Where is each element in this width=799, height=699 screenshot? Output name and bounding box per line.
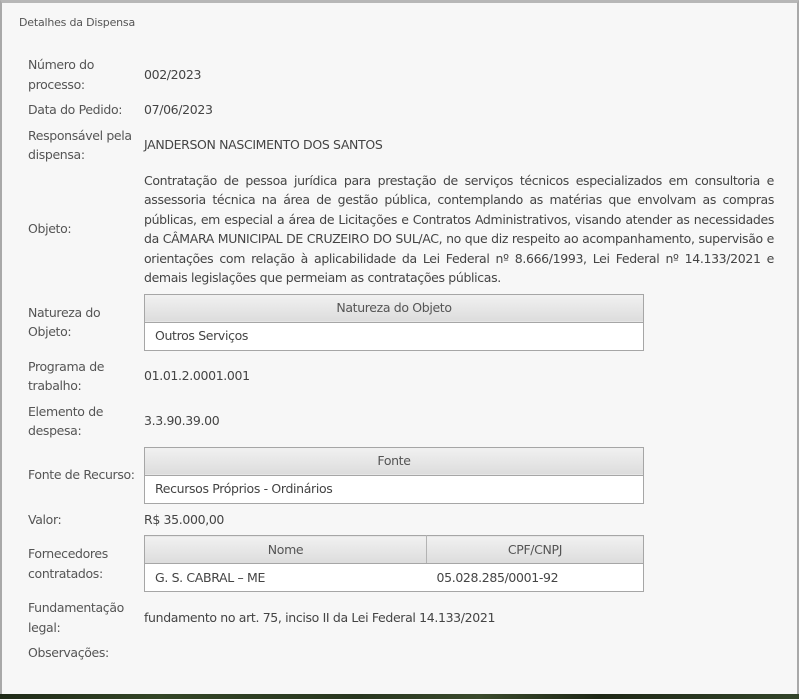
field-fonte: Fonte de Recurso: Fonte Recursos Próprio… xyxy=(28,447,775,504)
cell-nome: G. S. CABRAL – ME xyxy=(145,564,427,592)
field-responsavel: Responsável pela dispensa: JANDERSON NAS… xyxy=(28,126,775,165)
table-row: G. S. CABRAL – ME 05.028.285/0001-92 xyxy=(145,564,644,592)
column-header-nome: Nome xyxy=(145,536,427,564)
field-programa: Programa de trabalho: 01.01.2.0001.001 xyxy=(28,357,775,396)
field-elemento: Elemento de despesa: 3.3.90.39.00 xyxy=(28,402,775,441)
label-observacoes: Observações: xyxy=(28,643,144,663)
label-data-pedido: Data do Pedido: xyxy=(28,100,144,120)
label-natureza: Natureza do Objeto: xyxy=(28,303,144,342)
field-objeto: Objeto: Contratação de pessoa jurídica p… xyxy=(28,171,775,288)
label-objeto: Objeto: xyxy=(28,219,144,239)
value-objeto: Contratação de pessoa jurídica para pres… xyxy=(144,171,775,288)
label-fonte: Fonte de Recurso: xyxy=(28,465,144,485)
label-fundamentacao: Fundamentação legal: xyxy=(28,598,144,637)
field-observacoes: Observações: xyxy=(28,643,775,663)
value-valor: R$ 35.000,00 xyxy=(144,510,775,530)
natureza-table-header: Natureza do Objeto xyxy=(145,294,644,322)
table-row: Outros Serviços xyxy=(145,322,644,350)
fornecedores-table: Nome CPF/CNPJ G. S. CABRAL – ME 05.028.2… xyxy=(144,535,644,592)
fonte-table: Fonte Recursos Próprios - Ordinários xyxy=(144,447,644,504)
natureza-cell: Outros Serviços xyxy=(145,322,644,350)
value-elemento: 3.3.90.39.00 xyxy=(144,411,775,431)
details-list: Número do processo: 002/2023 Data do Ped… xyxy=(28,55,775,669)
dispensa-details-panel: Detalhes da Dispensa Número do processo:… xyxy=(0,0,799,694)
label-responsavel: Responsável pela dispensa: xyxy=(28,126,144,165)
label-programa: Programa de trabalho: xyxy=(28,357,144,396)
field-data-pedido: Data do Pedido: 07/06/2023 xyxy=(28,100,775,120)
table-row: Recursos Próprios - Ordinários xyxy=(145,475,644,503)
natureza-table: Natureza do Objeto Outros Serviços xyxy=(144,294,644,351)
value-data-pedido: 07/06/2023 xyxy=(144,100,775,120)
label-valor: Valor: xyxy=(28,510,144,530)
field-valor: Valor: R$ 35.000,00 xyxy=(28,510,775,530)
value-numero-processo: 002/2023 xyxy=(144,65,775,85)
field-numero-processo: Número do processo: 002/2023 xyxy=(28,55,775,94)
value-programa: 01.01.2.0001.001 xyxy=(144,366,775,386)
label-fornecedores: Fornecedores contratados: xyxy=(28,544,144,583)
cell-cpf-cnpj: 05.028.285/0001-92 xyxy=(427,564,644,592)
value-responsavel: JANDERSON NASCIMENTO DOS SANTOS xyxy=(144,135,775,155)
label-numero-processo: Número do processo: xyxy=(28,55,144,94)
field-natureza: Natureza do Objeto: Natureza do Objeto O… xyxy=(28,294,775,351)
column-header-cpf-cnpj: CPF/CNPJ xyxy=(427,536,644,564)
value-fundamentacao: fundamento no art. 75, inciso II da Lei … xyxy=(144,608,775,628)
fonte-table-header: Fonte xyxy=(145,447,644,475)
panel-title: Detalhes da Dispensa xyxy=(19,16,135,29)
fonte-cell: Recursos Próprios - Ordinários xyxy=(145,475,644,503)
field-fornecedores: Fornecedores contratados: Nome CPF/CNPJ … xyxy=(28,535,775,592)
field-fundamentacao: Fundamentação legal: fundamento no art. … xyxy=(28,598,775,637)
label-elemento: Elemento de despesa: xyxy=(28,402,144,441)
